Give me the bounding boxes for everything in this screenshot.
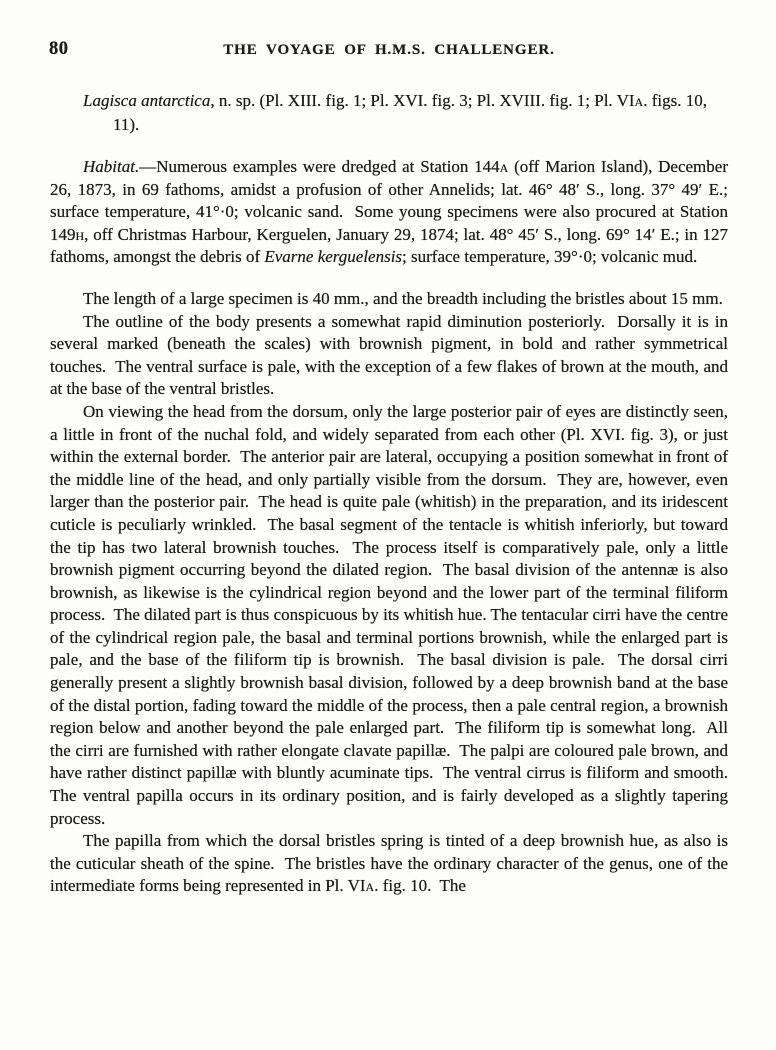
running-title: THE VOYAGE OF H.M.S. CHALLENGER. [50,42,728,59]
paragraph-bristles: The papilla from which the dorsal bristl… [50,830,728,898]
italic-text-segment: Evarne kerguelensis [264,247,402,266]
smallcaps-text-segment: a [366,876,375,895]
text-segment: The outline of the body presents a somew… [50,312,732,399]
text-segment: On viewing the head from the dorsum, onl… [50,402,737,828]
italic-text-segment: Lagisca antarctica [83,91,210,110]
text-segment: ; surface temperature, 39°·0; volcanic m… [402,247,697,266]
body-text: Habitat.—Numerous examples were dredged … [50,156,728,898]
page-number: 80 [49,39,69,60]
text-segment: , n. sp. (Pl. XIII. fig. 1; Pl. XVI. fig… [210,91,634,110]
species-heading: Lagisca antarctica, n. sp. (Pl. XIII. fi… [83,89,708,137]
paragraph-habitat: Habitat.—Numerous examples were dredged … [50,156,728,269]
smallcaps-text-segment: a [635,91,644,110]
italic-text-segment: Habitat. [83,157,139,176]
paragraph-head-description: On viewing the head from the dorsum, onl… [50,401,728,830]
book-page: 80 THE VOYAGE OF H.M.S. CHALLENGER. Lagi… [0,0,776,1050]
paragraph-body-outline: The outline of the body presents a somew… [50,311,728,401]
paragraph-size: The length of a large specimen is 40 mm.… [50,288,728,311]
text-segment: . fig. 10. The [374,876,466,895]
text-segment: The length of a large specimen is 40 mm.… [83,289,723,308]
smallcaps-text-segment: h [76,225,85,244]
page-header: 80 THE VOYAGE OF H.M.S. CHALLENGER. [50,42,728,64]
text-segment: —Numerous examples were dredged at Stati… [139,157,499,176]
